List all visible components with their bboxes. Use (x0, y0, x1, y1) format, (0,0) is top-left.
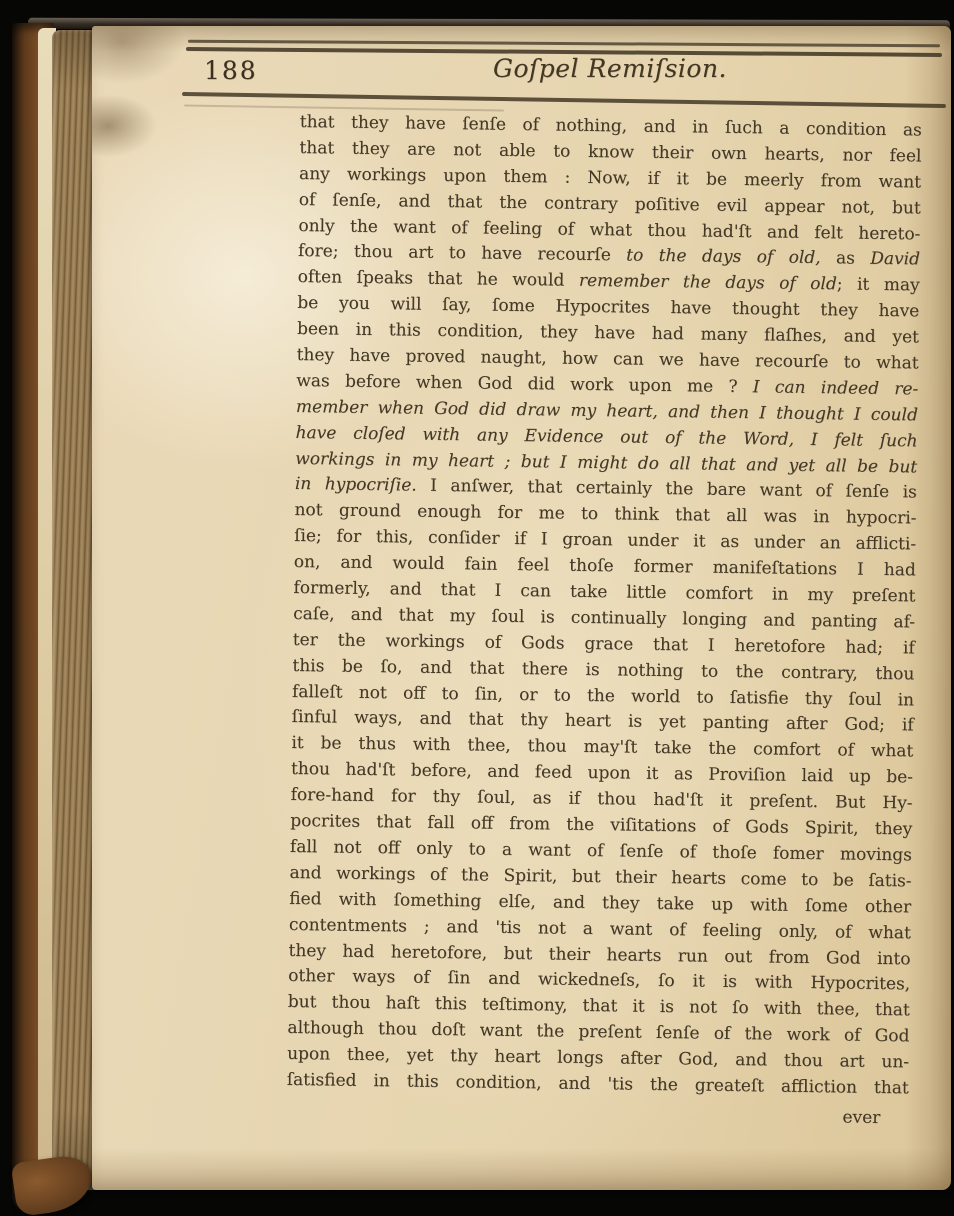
header-rule-top-thin (188, 40, 940, 48)
cover-corner-curl (11, 1153, 96, 1216)
book-scan-photo: 188 Goſpel Remiſsion. that they have ſen… (0, 0, 954, 1216)
book-page: 188 Goſpel Remiſsion. that they have ſen… (92, 26, 951, 1190)
catchword: ever (286, 1098, 908, 1132)
running-title: Goſpel Remiſsion. (410, 54, 810, 83)
text-block: that they have ſenſe of nothing, and in … (286, 110, 922, 1132)
page-number: 188 (204, 56, 258, 85)
page-edge-stack (52, 30, 95, 1190)
